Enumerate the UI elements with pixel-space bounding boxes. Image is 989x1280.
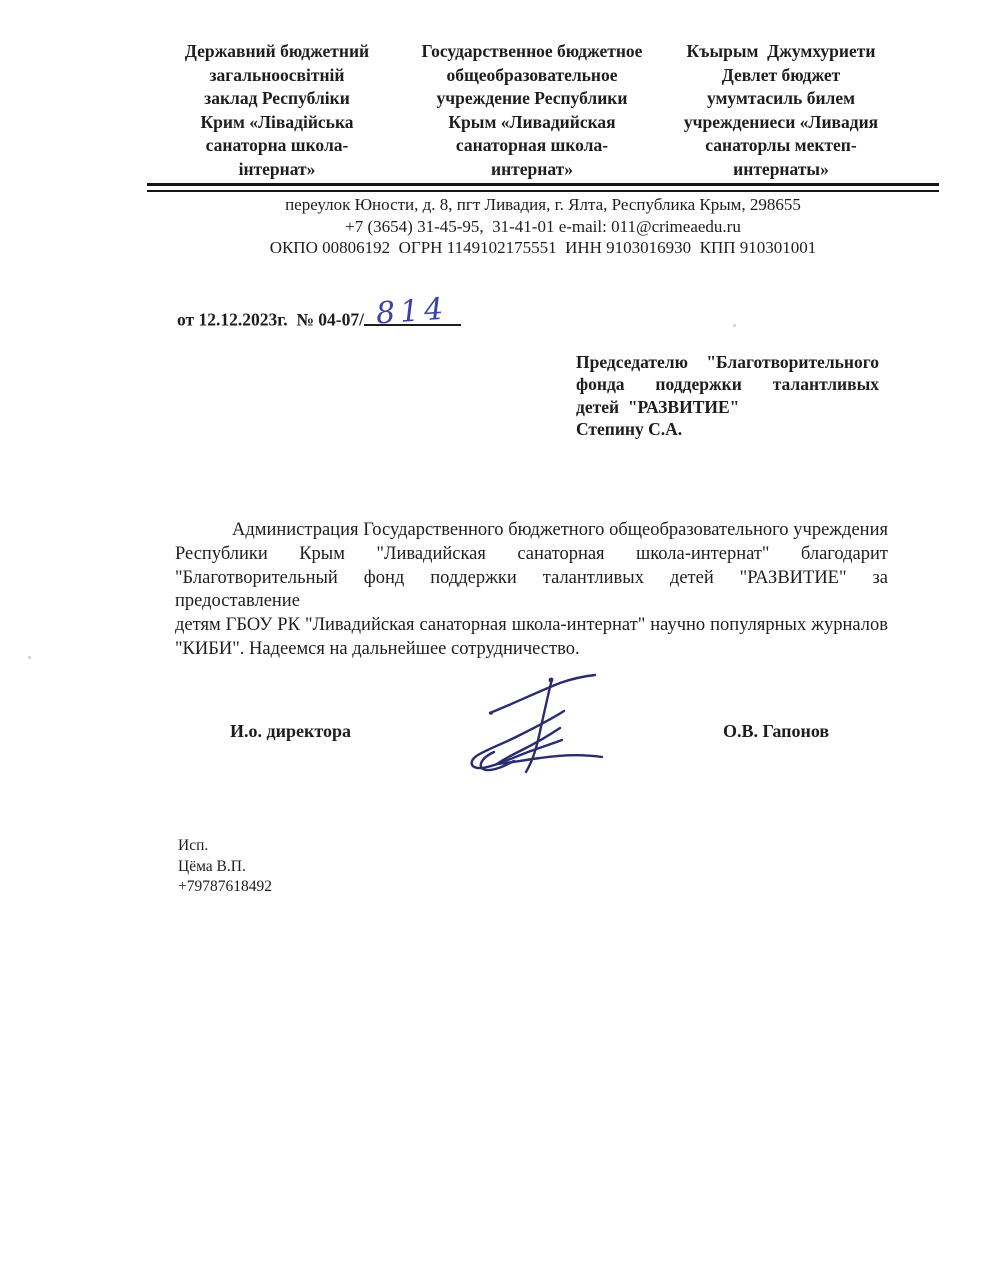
body-line: "КИБИ". Надеемся на дальнейшее сотруднич… xyxy=(175,638,888,662)
reference-line: от 12.12.2023г. № 04-07/814 xyxy=(177,306,461,331)
scan-artifact xyxy=(733,324,736,327)
signer-position-label: И.о. директора xyxy=(230,721,351,742)
letterhead-contact-block: переулок Юности, д. 8, пгт Ливадия, г. Я… xyxy=(147,194,939,259)
executor-name: Цёма В.П. xyxy=(178,857,272,878)
executor-phone: +79787618492 xyxy=(178,877,272,898)
date-number-label: от 12.12.2023г. № 04-07/ xyxy=(177,310,364,330)
reference-number-line: 814 xyxy=(364,306,461,326)
body-line: детям ГБОУ РК "Ливадийская санаторная шк… xyxy=(175,614,888,638)
letterhead-org-ukrainian: Державний бюджетний загальноосвітній зак… xyxy=(168,40,386,181)
body-line: Республики Крым "Ливадийская санаторная … xyxy=(175,543,888,567)
executor-label: Исп. xyxy=(178,836,272,857)
body-line: "Благотворительный фонд поддержки талант… xyxy=(175,567,888,615)
addressee-line: детей "РАЗВИТИЕ" xyxy=(576,396,879,418)
addressee-line: фонда поддержки талантливых xyxy=(576,373,879,395)
body-line: Администрация Государственного бюджетног… xyxy=(175,519,888,543)
letterhead-divider-rule xyxy=(147,183,939,192)
phone-email-line: +7 (3654) 31-45-95, 31-41-01 e-mail: 011… xyxy=(147,216,939,238)
letterhead-org-crimean-tatar: Къырым Джумхуриети Девлет бюджет умумтас… xyxy=(660,40,902,181)
executor-block: Исп. Цёма В.П. +79787618492 xyxy=(178,836,272,898)
letter-body: Администрация Государственного бюджетног… xyxy=(175,519,888,662)
address-line: переулок Юности, д. 8, пгт Ливадия, г. Я… xyxy=(147,194,939,216)
handwritten-signature-icon xyxy=(462,666,612,786)
registration-codes-line: ОКПО 00806192 ОГРН 1149102175551 ИНН 910… xyxy=(147,237,939,259)
addressee-block: Председателю "Благотворительного фонда п… xyxy=(576,351,879,440)
addressee-line: Председателю "Благотворительного xyxy=(576,351,879,373)
addressee-name: Степину С.А. xyxy=(576,418,879,440)
handwritten-number: 814 xyxy=(375,291,450,331)
letterhead-org-russian: Государственное бюджетное общеобразовате… xyxy=(396,40,668,181)
scan-artifact xyxy=(28,656,31,659)
letter-document: Державний бюджетний загальноосвітній зак… xyxy=(0,0,989,1280)
signer-name: О.В. Гапонов xyxy=(723,721,829,742)
